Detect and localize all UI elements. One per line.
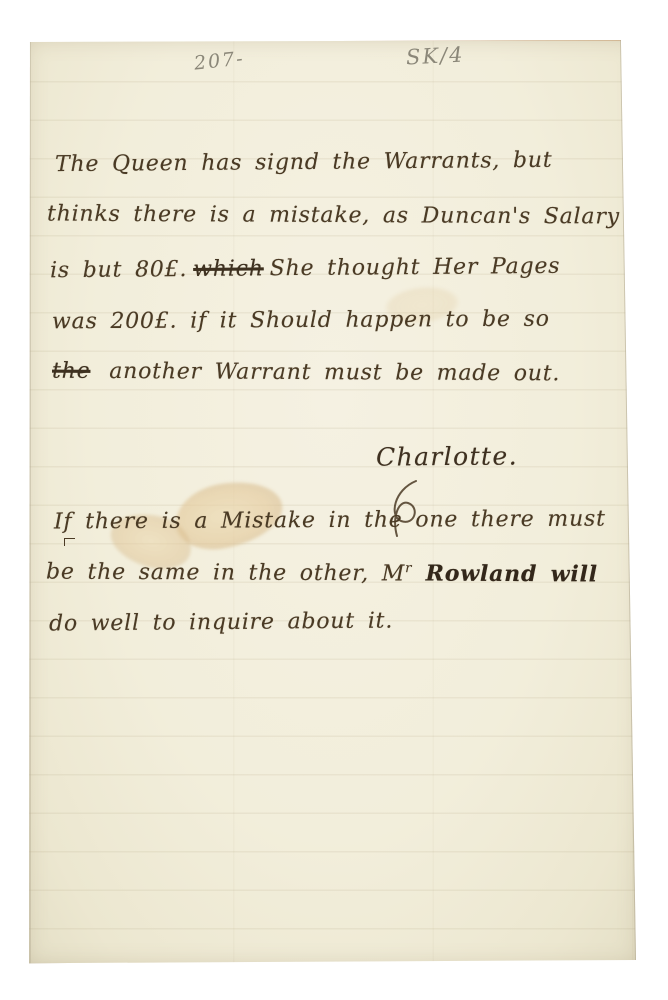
letter-photograph: 207- SK/4 The Queen has signd the Warran…	[0, 0, 668, 1000]
letter-line-3-text: is but 80£.	[50, 257, 187, 283]
pencil-lot-number: 207-	[193, 47, 246, 74]
pencil-shelf-mark: SK/4	[405, 42, 465, 69]
postscript-line-1: If there is a Mistake in the one there m…	[54, 507, 606, 535]
postscript-line-2-text: be the same in the other, M	[46, 560, 405, 587]
struck-out-word: which	[193, 256, 264, 282]
insertion-mark	[64, 538, 75, 546]
postscript-line-2: be the same in the other, Mr Rowland wil…	[46, 559, 598, 588]
letter-line-5: the another Warrant must be made out.	[52, 359, 560, 387]
letter-line-2: thinks there is a mistake, as Duncan's S…	[47, 202, 620, 230]
pencil-tick-mark	[23, 38, 29, 49]
recipient-name: Rowland will	[412, 560, 598, 587]
letter-line-3-text: She thought Her Pages	[270, 254, 561, 282]
postscript-line-3: do well to inquire about it.	[49, 608, 393, 636]
struck-out-word: the	[52, 359, 91, 384]
paper-right-edge	[620, 38, 637, 966]
paper-top-edge	[25, 38, 640, 41]
letter-line-1: The Queen has signd the Warrants, but	[55, 148, 553, 177]
signature: Charlotte.	[376, 441, 518, 471]
letter-line-3: is but 80£.whichShe thought Her Pages	[50, 254, 561, 283]
letter-line-4: was 200£. if it Should happen to be so	[52, 307, 550, 335]
paper-left-edge	[29, 38, 31, 966]
paper-sheet: 207- SK/4 The Queen has signd the Warran…	[25, 38, 640, 966]
letter-line-5-text: another Warrant must be made out.	[96, 359, 560, 386]
paper-bottom-edge	[25, 963, 640, 966]
